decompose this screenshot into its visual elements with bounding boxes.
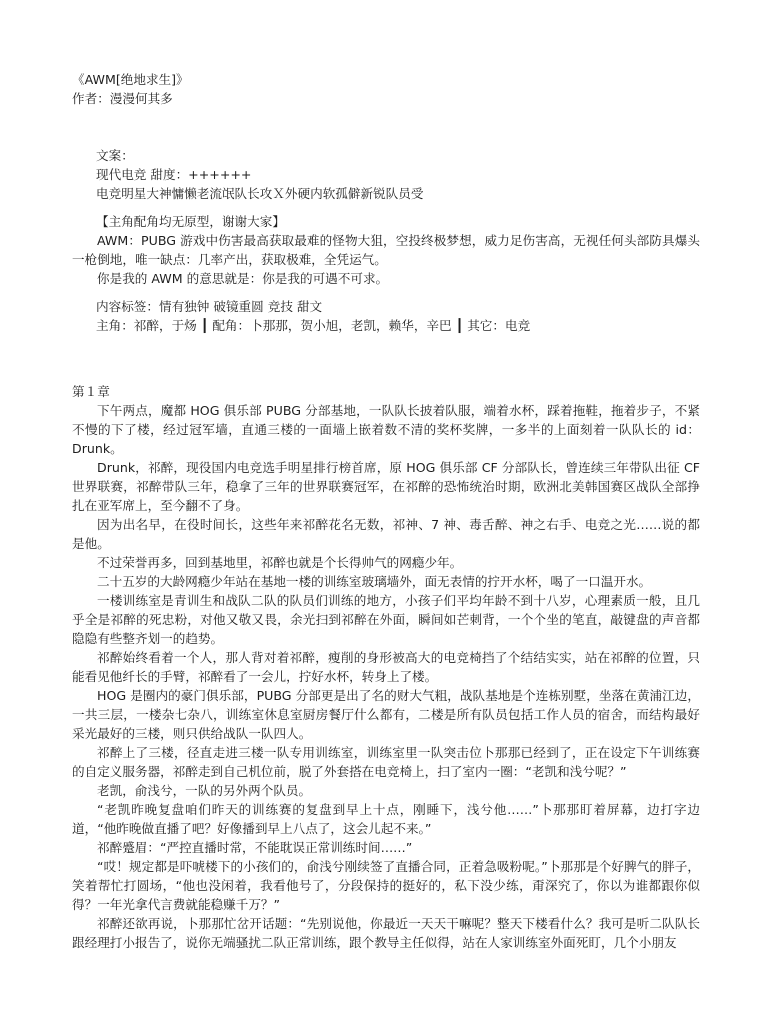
chapter-paragraph: Drunk，祁醉，现役国内电竞选手明星排行榜首席，原 HOG 俱乐部 CF 分部… <box>72 458 700 515</box>
blurb-awm-description: AWM：PUBG 游戏中伤害最高获取最难的怪物大狙，空投终极梦想，威力足伤害高，… <box>72 231 700 269</box>
chapter-paragraph: 一楼训练室是青训生和战队二队的队员们训练的地方，小孩子们平均年龄不到十八岁，心理… <box>72 591 700 648</box>
chapter-paragraph: 下午两点，魔都 HOG 俱乐部 PUBG 分部基地，一队队长披着队服，端着水杯，… <box>72 401 700 458</box>
chapter-paragraph: 因为出名早，在役时间长，这些年来祁醉花名无数，祁神、7 神、毒舌醉、神之右手、电… <box>72 515 700 553</box>
chapter-paragraph: 不过荣誉再多，回到基地里，祁醉也就是个长得帅气的网瘾少年。 <box>72 553 700 572</box>
chapter-paragraph: “哎！规定都是吓唬楼下的小孩们的，俞浅兮刚续签了直播合同，正着急吸粉呢。”卜那那… <box>72 857 700 914</box>
chapter-paragraph: “老凯昨晚复盘咱们昨天的训练赛的复盘到早上十点，刚睡下，浅兮他……”卜那那盯着屏… <box>72 800 700 838</box>
chapter-paragraph: HOG 是圈内的豪门俱乐部，PUBG 分部更是出了名的财大气粗，战队基地是个连栋… <box>72 686 700 743</box>
chapter-paragraph: 祁醉上了三楼，径直走进三楼一队专用训练室，训练室里一队突击位卜那那已经到了，正在… <box>72 743 700 781</box>
chapter-paragraph: 祁醉始终看着一个人，那人背对着祁醉，瘦削的身形被高大的电竞椅挡了个结结实实，站在… <box>72 648 700 686</box>
chapter-paragraph: 老凯，俞浅兮，一队的另外两个队员。 <box>72 781 700 800</box>
chapter-paragraph: 祁醉蹙眉：“严控直播时常，不能耽误正常训练时间……” <box>72 838 700 857</box>
document-page: 《AWM[绝地求生]》 作者：漫漫何其多 文案： 现代电竞 甜度：++++++ … <box>72 70 700 952</box>
author-line: 作者：漫漫何其多 <box>72 89 700 108</box>
chapter-title: 第１章 <box>72 382 700 401</box>
blurb-label: 文案： <box>72 146 700 165</box>
blurb-genre: 现代电竞 甜度：++++++ <box>72 165 700 184</box>
chapter-paragraph: 祁醉还欲再说，卜那那忙岔开话题：“先别说他，你最近一天天干嘛呢？整天下楼看什么？… <box>72 914 700 952</box>
blurb-pairing: 电竞明星大神慵懒老流氓队长攻Ｘ外硬内软孤僻新锐队员受 <box>72 184 700 203</box>
chapter-paragraph: 二十五岁的大龄网瘾少年站在基地一楼的训练室玻璃墙外，面无表情的拧开水杯，喝了一口… <box>72 572 700 591</box>
content-tags: 内容标签：情有独钟 破镜重圆 竞技 甜文 <box>72 297 700 316</box>
blurb-note: 【主角配角均无原型，谢谢大家】 <box>72 212 700 231</box>
book-title: 《AWM[绝地求生]》 <box>72 70 700 89</box>
character-list: 主角：祁醉，于炀 ┃ 配角：卜那那，贺小旭，老凯，赖华，辛巴 ┃ 其它：电竞 <box>72 316 700 335</box>
blurb-awm-meaning: 你是我的 AWM 的意思就是：你是我的可遇不可求。 <box>72 269 700 288</box>
